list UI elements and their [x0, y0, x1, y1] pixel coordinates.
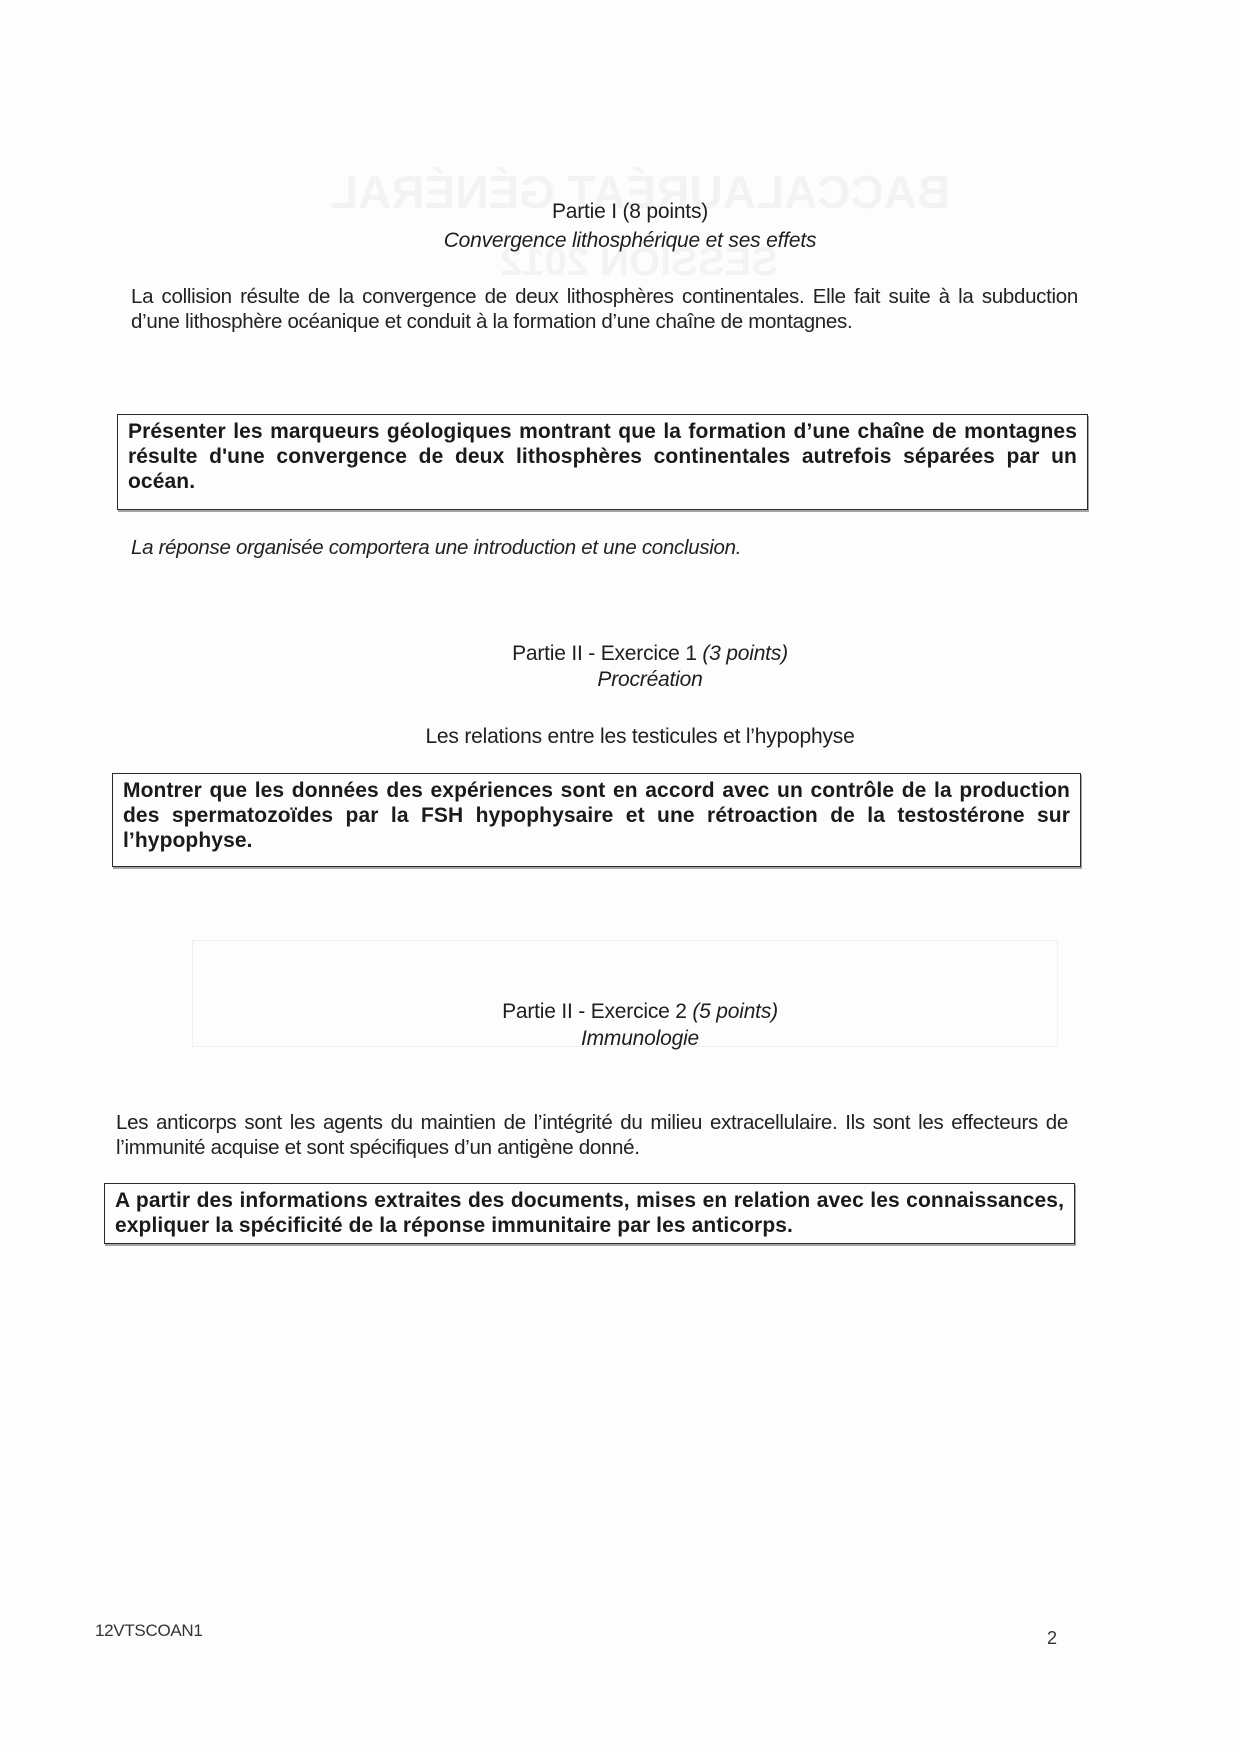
exercice-1-task-box: Montrer que les données des expériences … [112, 773, 1081, 867]
exercice-2-intro: Les anticorps sont les agents du maintie… [116, 1110, 1068, 1160]
exercice-2-task-text: A partir des informations extraites des … [115, 1189, 1064, 1237]
exercice-1-points: (3 points) [702, 642, 788, 665]
exam-page: BACCALAURÉAT GÉNÉRAL SESSION 2012 Partie… [0, 0, 1240, 1752]
exercice-1-title-main: Partie II - Exercice 1 [512, 642, 702, 665]
exercice-1-title: Partie II - Exercice 1 (3 points) [0, 641, 1240, 667]
exercice-1-subtitle: Procréation [0, 667, 1240, 693]
partie-1-intro: La collision résulte de la convergence d… [131, 284, 1078, 334]
exercice-2-subtitle: Immunologie [0, 1026, 1240, 1052]
exercice-1-task-text: Montrer que les données des expériences … [123, 779, 1070, 852]
exercice-2-task-box: A partir des informations extraites des … [104, 1183, 1075, 1244]
partie-1-note: La réponse organisée comportera une intr… [131, 535, 1031, 560]
partie-1-task-text: Présenter les marqueurs géologiques mont… [128, 420, 1077, 493]
exercice-2-title: Partie II - Exercice 2 (5 points) [0, 999, 1240, 1025]
document-code: 12VTSCOAN1 [95, 1621, 203, 1641]
page-number: 2 [1047, 1628, 1057, 1649]
partie-1-subtitle: Convergence lithosphérique et ses effets [0, 228, 1240, 254]
exercice-2-points: (5 points) [692, 1000, 778, 1023]
partie-1-task-box: Présenter les marqueurs géologiques mont… [117, 414, 1088, 510]
partie-1-title: Partie I (8 points) [0, 199, 1240, 225]
exercice-1-heading: Les relations entre les testicules et l’… [0, 724, 1240, 750]
exercice-2-title-main: Partie II - Exercice 2 [502, 1000, 692, 1023]
